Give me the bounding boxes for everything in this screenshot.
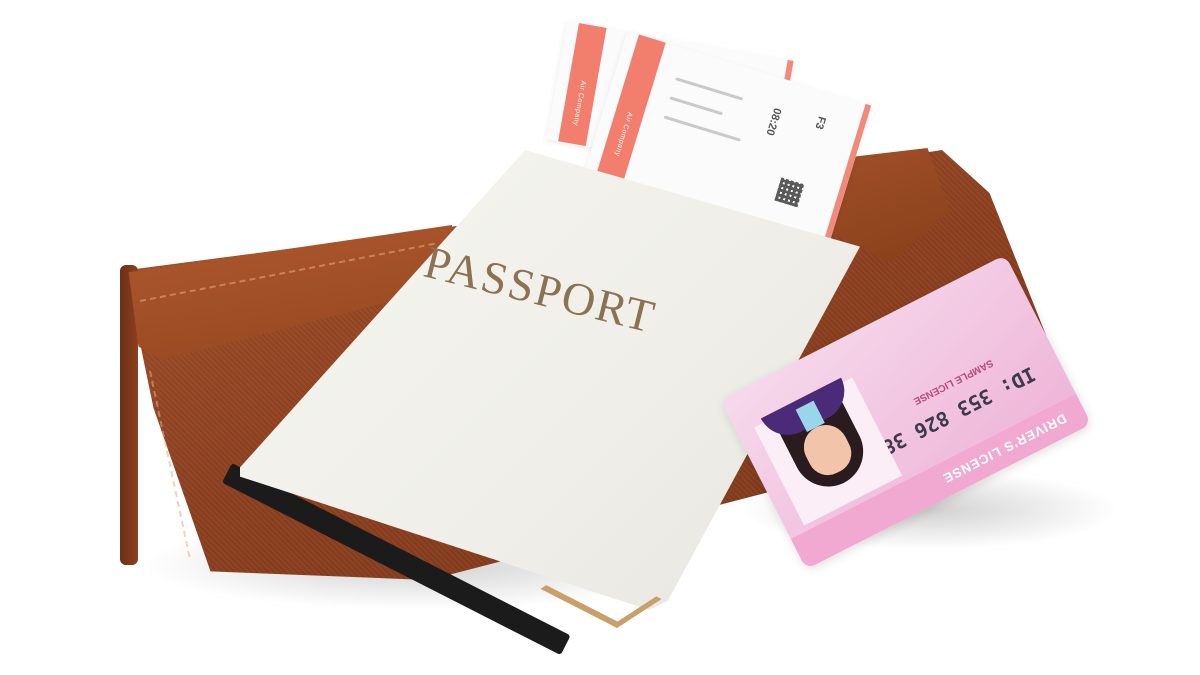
ticket-time: 08:20 [764,106,784,136]
qr-code-icon [774,177,804,207]
ticket-text-line [675,77,743,100]
ticket-seat: F3 [812,115,827,131]
ticket-text-line [664,115,741,141]
ticket-text-line [669,96,722,115]
photo-scene: Air Company F3 Air Company 08:20 F3 PASS… [0,0,1200,675]
